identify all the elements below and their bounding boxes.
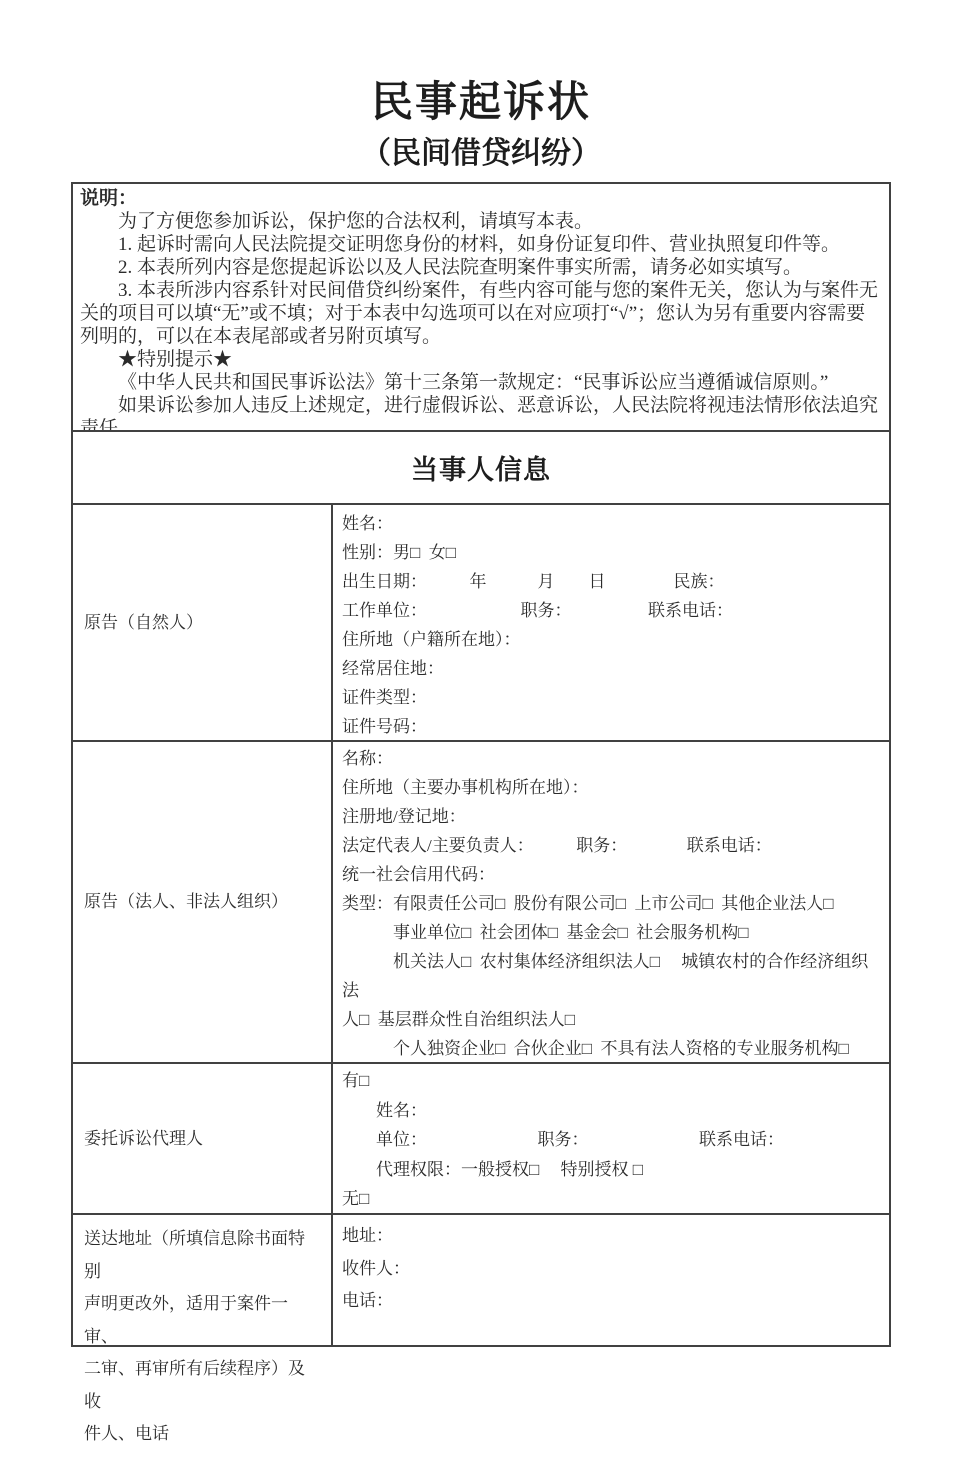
field-legal-representative: 法定代表人/主要负责人： 职务： 联系电话： — [342, 831, 883, 860]
field-name: 姓名： — [342, 509, 883, 538]
field-agent-unit-title-phone: 单位： 职务： 联系电话： — [342, 1125, 883, 1155]
instruction-paragraph: 如果诉讼参加人违反上述规定，进行虚假诉讼、恶意诉讼，人民法院将视违法情形依法追究… — [80, 394, 882, 432]
section-header-party-info: 当事人信息 — [73, 432, 889, 503]
party-info-table: 当事人信息 原告（自然人） 姓名： 性别：男□ 女□ 出生日期： 年 月 日 民… — [71, 432, 891, 1347]
label-service-address: 送达地址（所填信息除书面特别 声明更改外，适用于案件一审、 二审、再审所有后续程… — [73, 1215, 333, 1345]
label-litigation-agent: 委托诉讼代理人 — [73, 1064, 333, 1213]
field-agent-none-checkbox: 无□ — [342, 1184, 883, 1213]
field-service-phone: 电话： — [342, 1285, 883, 1318]
document-sheet: 民事起诉状 （民间借贷纠纷） 说明： 为了方便您参加诉讼，保护您的合法权利，请填… — [71, 78, 891, 1347]
special-notice-heading: ★特别提示★ — [80, 348, 882, 371]
field-org-type-checkboxes: 事业单位□ 社会团体□ 基金会□ 社会服务机构□ — [342, 918, 883, 947]
label-plaintiff-natural-person: 原告（自然人） — [73, 505, 333, 740]
field-org-type-checkboxes: 人□ 基层群众性自治组织法人□ — [342, 1005, 883, 1034]
field-agent-name: 姓名： — [342, 1096, 883, 1126]
field-birthdate-ethnicity: 出生日期： 年 月 日 民族： — [342, 567, 883, 596]
row-service-address: 送达地址（所填信息除书面特别 声明更改外，适用于案件一审、 二审、再审所有后续程… — [73, 1213, 889, 1345]
field-employer-title-phone: 工作单位： 职务： 联系电话： — [342, 596, 883, 625]
instruction-paragraph: 1. 起诉时需向人民法院提交证明您身份的材料，如身份证复印件、营业执照复印件等。 — [80, 233, 882, 256]
field-domicile: 住所地（户籍所在地）： — [342, 625, 883, 654]
fields-plaintiff-legal-person: 名称： 住所地（主要办事机构所在地）： 注册地/登记地： 法定代表人/主要负责人… — [333, 742, 889, 1062]
row-plaintiff-natural-person: 原告（自然人） 姓名： 性别：男□ 女□ 出生日期： 年 月 日 民族： 工作单… — [73, 503, 889, 740]
field-org-name: 名称： — [342, 744, 883, 773]
field-service-address: 地址： — [342, 1220, 883, 1253]
fields-litigation-agent: 有□ 姓名： 单位： 职务： 联系电话： 代理权限：一般授权□ 特别授权 □ 无… — [333, 1064, 889, 1213]
instructions-heading: 说明： — [80, 187, 882, 210]
field-org-type-checkboxes: 机关法人□ 农村集体经济组织法人□ 城镇农村的合作经济组织法 — [342, 947, 883, 1005]
field-org-registered-address: 注册地/登记地： — [342, 802, 883, 831]
page-title: 民事起诉状 — [71, 78, 891, 128]
instruction-paragraph: 3. 本表所涉内容系针对民间借贷纠纷案件，有些内容可能与您的案件无关，您认为与案… — [80, 279, 882, 348]
instructions-box: 说明： 为了方便您参加诉讼，保护您的合法权利，请填写本表。 1. 起诉时需向人民… — [71, 182, 891, 432]
field-service-recipient: 收件人： — [342, 1253, 883, 1286]
field-agent-yes-checkbox: 有□ — [342, 1066, 883, 1096]
page-subtitle: （民间借贷纠纷） — [71, 136, 891, 172]
field-id-number: 证件号码： — [342, 712, 883, 740]
row-plaintiff-legal-person: 原告（法人、非法人组织） 名称： 住所地（主要办事机构所在地）： 注册地/登记地… — [73, 740, 889, 1062]
fields-service-address: 地址： 收件人： 电话： — [333, 1215, 889, 1345]
field-habitual-residence: 经常居住地： — [342, 654, 883, 683]
field-org-type-checkboxes: 个人独资企业□ 合伙企业□ 不具有法人资格的专业服务机构□ — [342, 1034, 883, 1062]
instruction-paragraph: 2. 本表所列内容是您提起诉讼以及人民法院查明案件事实所需，请务必如实填写。 — [80, 256, 882, 279]
field-org-type-checkboxes: 类型：有限责任公司□ 股份有限公司□ 上市公司□ 其他企业法人□ — [342, 889, 883, 918]
row-litigation-agent: 委托诉讼代理人 有□ 姓名： 单位： 职务： 联系电话： 代理权限：一般授权□ … — [73, 1062, 889, 1213]
instruction-paragraph: 为了方便您参加诉讼，保护您的合法权利，请填写本表。 — [80, 210, 882, 233]
field-gender-checkboxes: 性别：男□ 女□ — [342, 538, 883, 567]
field-org-domicile: 住所地（主要办事机构所在地）： — [342, 773, 883, 802]
field-agent-authority-checkboxes: 代理权限：一般授权□ 特别授权 □ — [342, 1155, 883, 1185]
field-id-type: 证件类型： — [342, 683, 883, 712]
fields-plaintiff-natural-person: 姓名： 性别：男□ 女□ 出生日期： 年 月 日 民族： 工作单位： 职务： 联… — [333, 505, 889, 740]
instruction-paragraph: 《中华人民共和国民事诉讼法》第十三条第一款规定：“民事诉讼应当遵循诚信原则。” — [80, 371, 882, 394]
label-plaintiff-legal-person: 原告（法人、非法人组织） — [73, 742, 333, 1062]
field-unified-social-credit-code: 统一社会信用代码： — [342, 860, 883, 889]
